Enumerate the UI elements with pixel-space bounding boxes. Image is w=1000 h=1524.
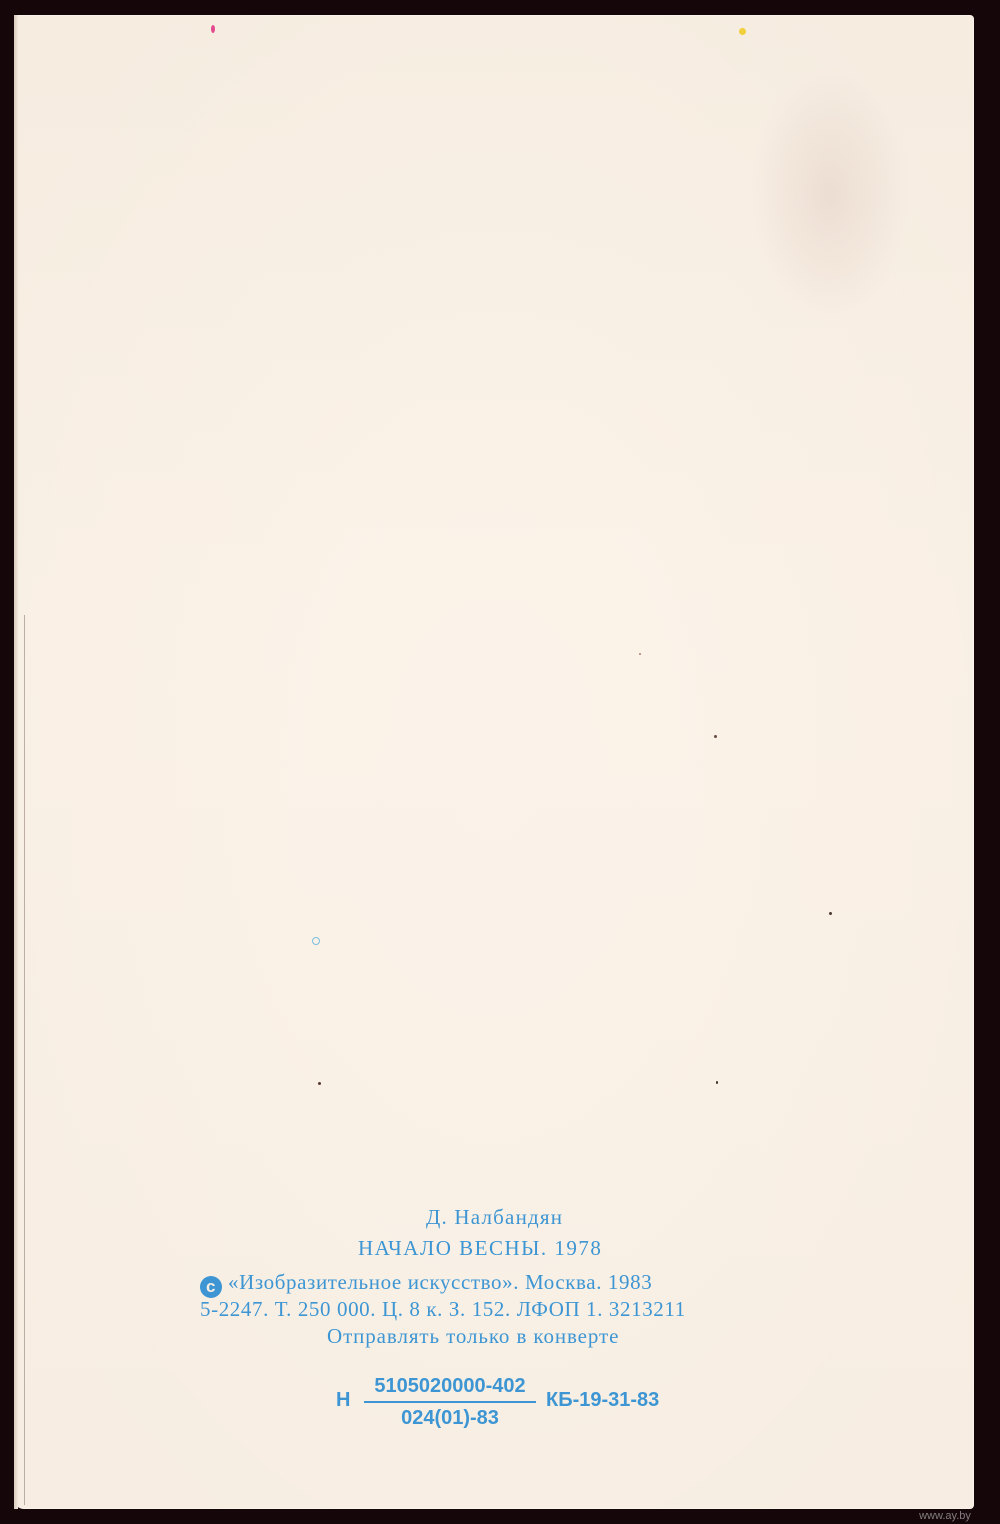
scanned-postcard: Д. Налбандян НАЧАЛО ВЕСНЫ. 1978 c«Изобра… [0,0,1000,1524]
publisher-line: c«Изобразительное искусство». Москва. 19… [200,1270,652,1298]
speck [716,1081,718,1084]
index-denominator: 024(01)-83 [364,1403,536,1430]
copyright-icon: c [200,1276,222,1298]
index-numerator: 5105020000-402 [364,1375,536,1403]
speck [829,912,832,915]
print-info: 5-2247. Т. 250 000. Ц. 8 к. З. 152. ЛФОП… [200,1297,686,1322]
speck [714,735,717,738]
card-fold-line [24,615,25,1505]
speck [639,653,641,655]
ink-speck-magenta [211,25,215,33]
watermark: www.ay.by [919,1510,971,1522]
ink-speck-yellow [739,28,746,35]
card-edge [14,15,18,1509]
mailing-note: Отправлять только в конверте [327,1324,619,1349]
speck [312,937,320,945]
artwork-title: НАЧАЛО ВЕСНЫ. 1978 [358,1236,602,1261]
index-fraction: 5105020000-402 024(01)-83 [364,1375,536,1430]
publisher-text: «Изобразительное искусство». Москва. 198… [228,1270,652,1294]
index-letter: Н [336,1389,350,1412]
speck [318,1082,321,1085]
index-suffix: КБ-19-31-83 [546,1389,659,1412]
author-name: Д. Налбандян [426,1205,563,1230]
